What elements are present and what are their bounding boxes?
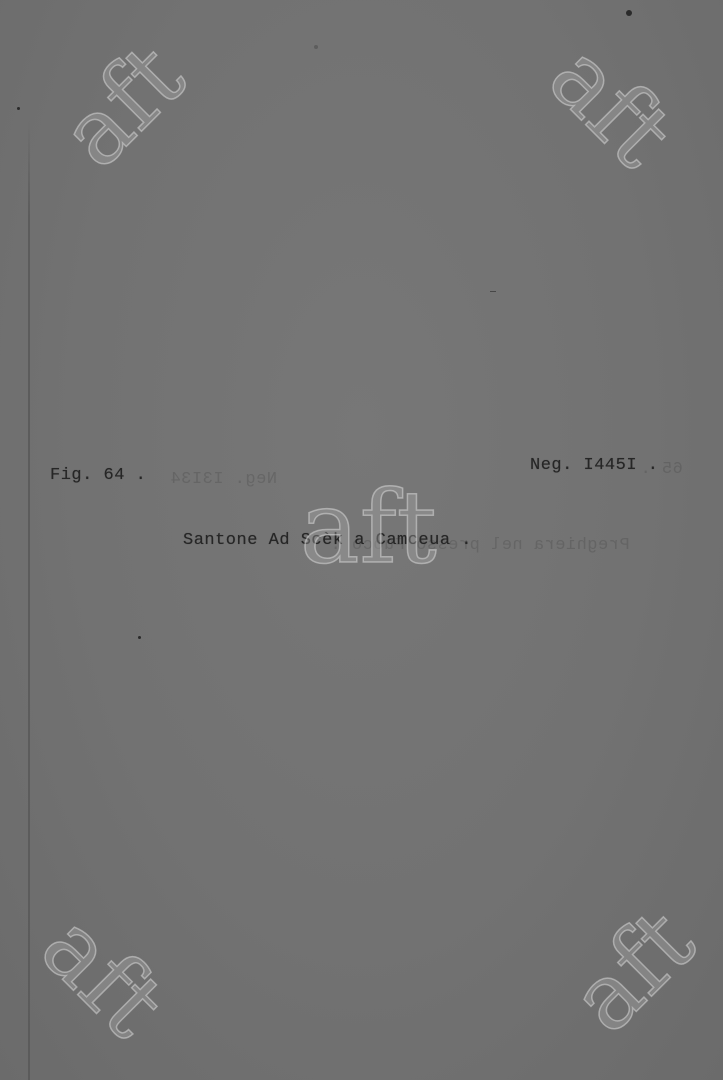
negative-number: Neg. I445I .	[530, 456, 658, 475]
watermark-center: aft	[300, 478, 437, 578]
watermark-bottom-left: aft	[26, 899, 180, 1053]
bleed-through-negative-label: Neg. I3I34	[170, 470, 277, 489]
dust-speck	[314, 45, 318, 49]
dust-speck	[490, 291, 496, 292]
watermark-top-right: aft	[534, 29, 688, 183]
photo-caption: Santone Ad Scèk a Camceua .	[183, 531, 472, 550]
figure-label: Fig. 64 .	[50, 466, 146, 485]
dust-speck	[17, 107, 20, 110]
dust-speck	[626, 10, 632, 16]
index-card: Neg. I3I34 65 . Preghiera nel presso Fuo…	[0, 0, 723, 1080]
watermark-bottom-right: aft	[556, 894, 710, 1048]
dust-speck	[138, 636, 141, 639]
card-edge-line	[28, 120, 30, 1080]
watermark-top-left: aft	[46, 29, 200, 183]
